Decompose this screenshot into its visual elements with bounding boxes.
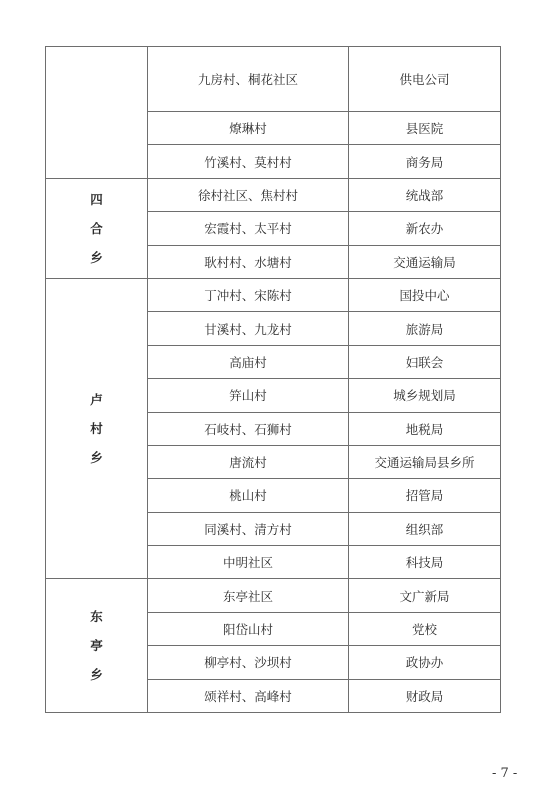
unit-cell: 统战部 <box>349 178 501 211</box>
unit-cell: 妇联会 <box>349 345 501 378</box>
villages-cell: 柳亭村、沙坝村 <box>148 646 349 679</box>
unit-cell: 政协办 <box>349 646 501 679</box>
town-cell-lucun: 卢 村 乡 <box>46 278 148 579</box>
town-char: 东 <box>46 602 147 631</box>
villages-cell: 竹溪村、莫村村 <box>148 145 349 178</box>
town-cell <box>46 47 148 179</box>
town-char: 乡 <box>46 443 147 472</box>
unit-cell: 党校 <box>349 612 501 645</box>
unit-cell: 招管局 <box>349 479 501 512</box>
table-row: 九房村、桐花社区 供电公司 <box>46 47 501 112</box>
town-char: 合 <box>46 214 147 243</box>
town-char: 乡 <box>46 243 147 272</box>
town-cell-dongting: 东 亭 乡 <box>46 579 148 713</box>
unit-cell: 地税局 <box>349 412 501 445</box>
villages-cell: 笄山村 <box>148 379 349 412</box>
villages-cell: 九房村、桐花社区 <box>148 47 349 112</box>
unit-cell: 财政局 <box>349 679 501 712</box>
unit-cell: 文广新局 <box>349 579 501 612</box>
unit-cell: 国投中心 <box>349 278 501 311</box>
unit-cell: 组织部 <box>349 512 501 545</box>
unit-cell: 新农办 <box>349 212 501 245</box>
town-char: 四 <box>46 185 147 214</box>
town-char: 乡 <box>46 660 147 689</box>
town-cell-sihe: 四 合 乡 <box>46 178 148 278</box>
page-number: - 7 - <box>492 766 517 781</box>
villages-cell: 中明社区 <box>148 546 349 579</box>
villages-cell: 同溪村、清方村 <box>148 512 349 545</box>
villages-cell: 宏霞村、太平村 <box>148 212 349 245</box>
villages-cell: 石岐村、石狮村 <box>148 412 349 445</box>
villages-cell: 徐村社区、焦村村 <box>148 178 349 211</box>
town-char: 亭 <box>46 631 147 660</box>
villages-cell: 耿村村、水塘村 <box>148 245 349 278</box>
villages-cell: 燎琳村 <box>148 112 349 145</box>
table-row: 四 合 乡 徐村社区、焦村村 统战部 <box>46 178 501 211</box>
villages-cell: 丁冲村、宋陈村 <box>148 278 349 311</box>
town-char: 卢 <box>46 385 147 414</box>
unit-cell: 商务局 <box>349 145 501 178</box>
table-row: 东 亭 乡 东亭社区 文广新局 <box>46 579 501 612</box>
villages-cell: 东亭社区 <box>148 579 349 612</box>
unit-cell: 旅游局 <box>349 312 501 345</box>
unit-cell: 交通运输局 <box>349 245 501 278</box>
unit-cell: 城乡规划局 <box>349 379 501 412</box>
unit-cell: 县医院 <box>349 112 501 145</box>
villages-cell: 唐流村 <box>148 445 349 478</box>
town-char: 村 <box>46 414 147 443</box>
villages-cell: 阳岱山村 <box>148 612 349 645</box>
villages-cell: 高庙村 <box>148 345 349 378</box>
assignment-table: 九房村、桐花社区 供电公司 燎琳村 县医院 竹溪村、莫村村 商务局 四 合 乡 … <box>45 46 501 713</box>
table-row: 卢 村 乡 丁冲村、宋陈村 国投中心 <box>46 278 501 311</box>
unit-cell: 交通运输局县乡所 <box>349 445 501 478</box>
villages-cell: 甘溪村、九龙村 <box>148 312 349 345</box>
villages-cell: 颂祥村、高峰村 <box>148 679 349 712</box>
villages-cell: 桃山村 <box>148 479 349 512</box>
unit-cell: 供电公司 <box>349 47 501 112</box>
unit-cell: 科技局 <box>349 546 501 579</box>
